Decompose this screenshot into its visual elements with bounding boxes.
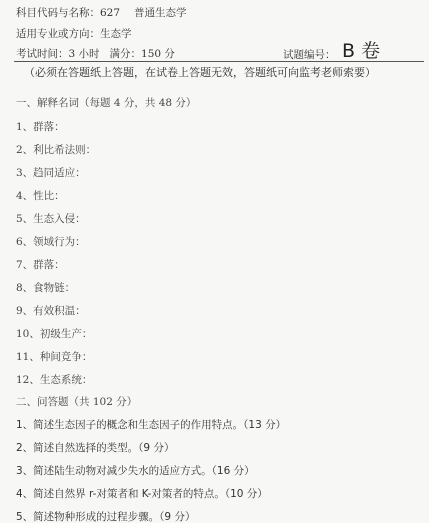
major-label: 适用专业或方向：: [16, 28, 100, 40]
time-value: 3 小时: [69, 48, 100, 60]
score-value: 150 分: [141, 48, 175, 60]
term-item: 4、性比：: [16, 189, 65, 203]
term-item: 2、利比希法则：: [16, 143, 96, 157]
subject-name: 普通生态学: [134, 7, 187, 19]
section1-title: 一、解释名词（每题 4 分，共 48 分）: [16, 96, 196, 110]
subject-label: 科目代码与名称：: [16, 7, 100, 19]
subject-line: 科目代码与名称：627普通生态学: [16, 6, 187, 20]
term-item: 11、种间竞争：: [16, 350, 92, 364]
question-item: 2、简述自然选择的类型。（9 分）: [16, 441, 174, 455]
question-item: 1、简述生态因子的概念和生态因子的作用特点。（13 分）: [16, 418, 286, 432]
header-divider: [14, 61, 424, 62]
term-item: 5、生态入侵：: [16, 212, 86, 226]
section2-title: 二、问答题（共 102 分）: [16, 395, 137, 409]
term-item: 3、趋同适应：: [16, 166, 86, 180]
term-item: 10、初级生产：: [16, 327, 92, 341]
term-item: 6、领域行为：: [16, 235, 86, 249]
subject-code: 627: [100, 7, 120, 19]
question-item: 4、简述自然界 r-对策者和 K-对策者的特点。（10 分）: [16, 487, 268, 501]
score-label: 满分：: [110, 48, 142, 60]
major-value: 生态学: [100, 28, 132, 40]
answer-sheet-notice: （必须在答题纸上答题，在试卷上答题无效，答题纸可向监考老师索要）: [24, 64, 376, 80]
exam-code: B 卷: [342, 36, 380, 63]
exam-page: 科目代码与名称：627普通生态学 适用专业或方向：生态学 考试时间：3 小时满分…: [0, 0, 429, 523]
time-label: 考试时间：: [16, 48, 69, 60]
major-line: 适用专业或方向：生态学: [16, 27, 132, 41]
question-item: 5、简述物种形成的过程步骤。（9 分）: [16, 510, 195, 523]
term-item: 1、群落：: [16, 120, 65, 134]
exam-id-label: 试题编号：: [283, 47, 336, 62]
term-item: 8、食物链：: [16, 281, 75, 295]
time-line: 考试时间：3 小时满分：150 分: [16, 47, 175, 61]
question-item: 3、简述陆生动物对减少失水的适应方式。（16 分）: [16, 464, 255, 478]
term-item: 7、群落：: [16, 258, 65, 272]
term-item: 9、有效积温：: [16, 304, 86, 318]
term-item: 12、生态系统：: [16, 373, 92, 387]
